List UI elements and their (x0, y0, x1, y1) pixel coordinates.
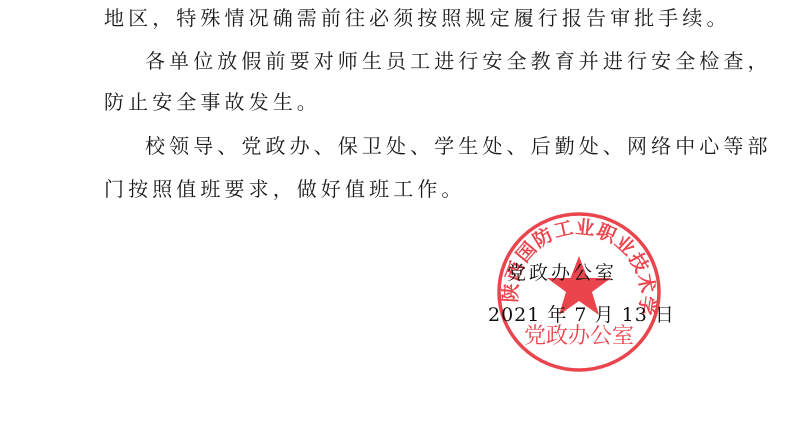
svg-text:党政办公室: 党政办公室 (524, 324, 634, 349)
signature-office: 党政办公室 (507, 262, 617, 284)
paragraph-3-line-1: 校领导、党政办、保卫处、学生处、后勤处、网络中心等部 (145, 134, 772, 158)
paragraph-2-line-2: 防止安全事故发生。 (104, 90, 321, 114)
official-seal-icon: 陕西国防工业职业技术学院 党政办公室 (496, 211, 662, 373)
paragraph-2-line-1: 各单位放假前要对师生员工进行安全教育并进行安全检查， (145, 49, 772, 73)
paragraph-1-line-1: 地区，特殊情况确需前往必须按照规定履行报告审批手续。 (104, 6, 731, 30)
paragraph-3-line-2: 门按照值班要求，做好值班工作。 (104, 177, 466, 201)
signature-date: 2021 年 7 月 13 日 (488, 304, 675, 326)
